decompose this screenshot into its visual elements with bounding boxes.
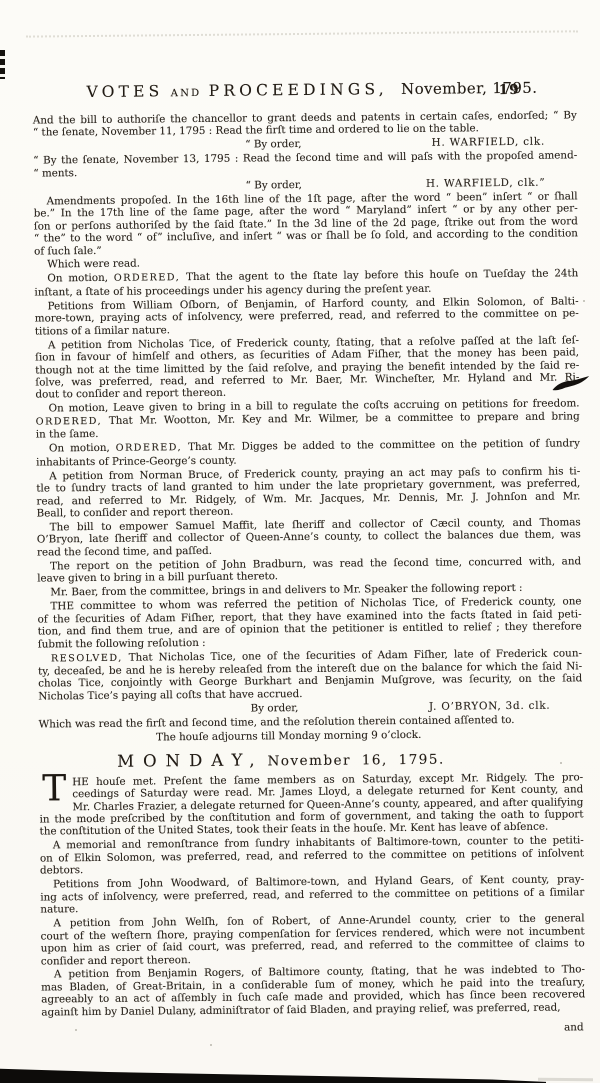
paper-speck (210, 1044, 212, 1046)
by-order-text: “ By order, (246, 179, 302, 192)
paragraph: A memorial and remonſtrance from ſundry … (40, 835, 584, 878)
small-caps-word: ORDERED, (116, 442, 183, 454)
scan-speckle-line (26, 30, 578, 37)
page-number: 19 (499, 84, 520, 97)
paragraph: Amendments propoſed. In the 16th line of… (34, 190, 579, 257)
document-body: And the bill to authoriſe the chancellor… (33, 109, 586, 1039)
paragraph: On motion, Leave given to bring in a bil… (36, 398, 580, 442)
paragraph: THE committee to whom was referred the p… (37, 596, 581, 651)
paragraph: Petitions from William Oſborn, of Benjam… (35, 295, 579, 338)
small-caps-word: ORDERED, (36, 416, 103, 428)
bottom-scan-band-faint (538, 1078, 593, 1081)
page-tilt-wrapper: VOTES AND PROCEEDINGS, November, 1795. 1… (0, 0, 600, 1083)
small-caps-word: RESOLVED, (51, 652, 123, 664)
dropcap-initial: T (40, 777, 68, 801)
text-block: VOTES AND PROCEEDINGS, November, 1795. 1… (32, 81, 585, 1039)
paragraph: And the bill to authoriſe the chancellor… (33, 109, 577, 139)
paper-speck (560, 762, 562, 764)
by-order-text: “ By order, (245, 138, 301, 151)
scanned-document-page: VOTES AND PROCEEDINGS, November, 1795. 1… (0, 0, 600, 1083)
running-title-votes: VOTES (86, 82, 163, 101)
paragraph: On motion, ORDERED, That Mr. Digges be a… (36, 438, 580, 469)
paragraph: A petition from John Welſh, ſon of Rober… (40, 912, 584, 967)
heading-day: MONDAY, (117, 751, 264, 771)
paragraph: A petition from Norman Bruce, of Frederi… (36, 465, 580, 520)
paragraph: The report on the petition of John Bradb… (37, 555, 581, 585)
by-order-text: By order, (251, 702, 299, 715)
catchword: and (42, 1022, 586, 1040)
paragraph: A petition from Nicholas Tice, of Freder… (35, 334, 580, 401)
dropcap-paragraph: THE houſe met. Preſent the ſame members … (39, 771, 584, 838)
paragraph: Petitions from John Woodward, of Baltimo… (40, 874, 584, 917)
clerk-signature: H. WARFIELD, clk.” (426, 176, 546, 190)
clerk-signature: J. O’BRYON, 3d. clk. (429, 699, 551, 713)
marginal-ink-mark (551, 375, 590, 393)
scan-edge-mark-left (0, 50, 5, 79)
running-title-and: AND (171, 88, 202, 99)
paragraph: The bill to empower Samuel Maffit, late … (37, 516, 581, 559)
paragraph: “ By the ſenate, November 13, 1795 : Rea… (33, 150, 577, 180)
small-caps-word: ORDERED, (114, 273, 181, 285)
paragraph: RESOLVED, That Nicholas Tice, one of the… (38, 647, 582, 703)
paper-speck (583, 300, 585, 302)
paragraph: A petition from Benjamin Rogers, of Balt… (41, 964, 585, 1019)
clerk-signature: H. WARFIELD, clk. (432, 136, 546, 150)
running-title: VOTES AND PROCEEDINGS, November, 1795. (87, 84, 538, 100)
page-header: VOTES AND PROCEEDINGS, November, 1795. 1… (32, 81, 576, 108)
paragraph: On motion, ORDERED, That the agent to th… (34, 268, 578, 299)
paper-speck (75, 1029, 77, 1031)
section-heading: MONDAY,November 16, 1795. (9, 752, 553, 772)
heading-date: November 16, 1795. (268, 752, 445, 770)
running-title-proceedings: PROCEEDINGS, (209, 80, 388, 100)
